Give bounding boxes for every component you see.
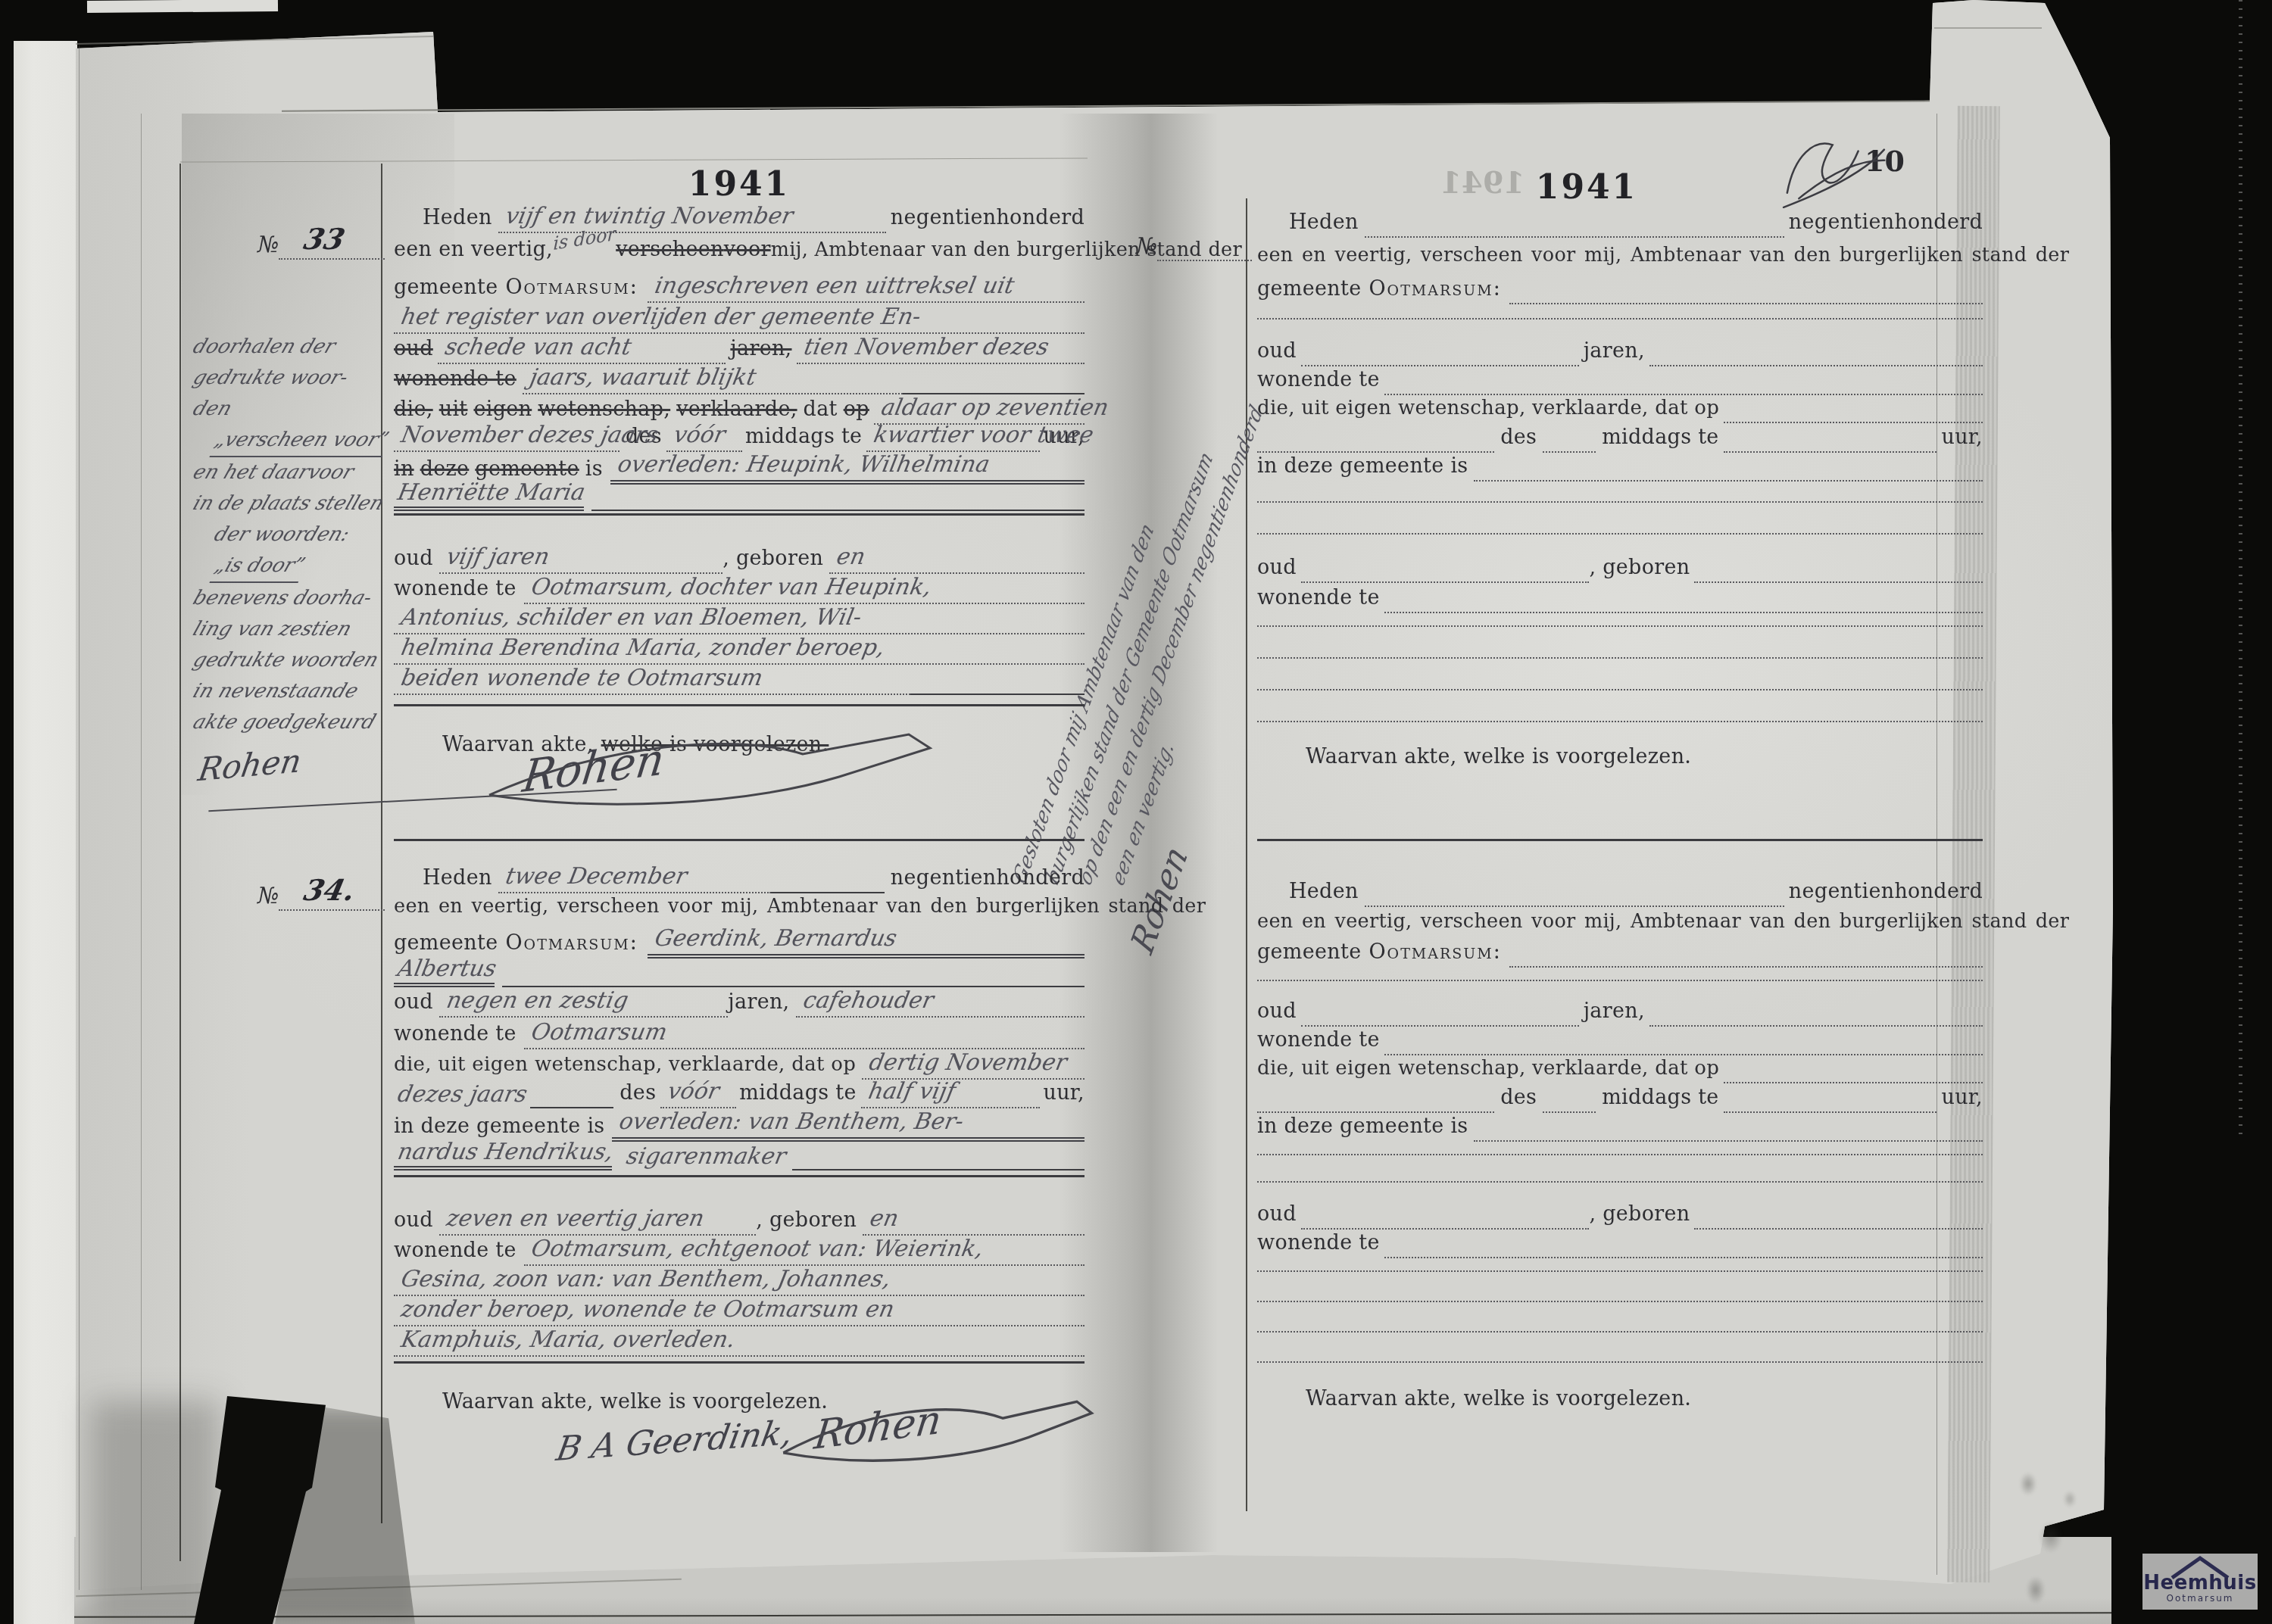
dotted-line xyxy=(1509,959,1983,968)
handwritten-text: vóór xyxy=(660,1078,736,1108)
handwritten-text: negen en zestig xyxy=(439,987,729,1018)
watermark-subtitle: Ootmarsum xyxy=(2142,1593,2258,1604)
handwritten-text: Antonius, schilder en van Bloemen, Wil- xyxy=(394,604,869,633)
form-line xyxy=(1257,1293,1983,1302)
form-line xyxy=(1257,681,1983,690)
printed-text: uur, xyxy=(1941,1086,1983,1113)
form-line: gemeenteOotmarsum:ingeschreven een uittr… xyxy=(394,273,1085,303)
form-line xyxy=(1257,618,1983,627)
handwritten-text: „is door” xyxy=(209,550,309,583)
handwritten-text: het register van overlijden der gemeente… xyxy=(394,304,928,332)
dotted-line xyxy=(1724,444,1937,453)
handwritten-text: Gesina, zoon van: van Benthem, Johannes, xyxy=(394,1266,1085,1296)
printed-text: des xyxy=(1500,1086,1537,1113)
printed-text: Heden xyxy=(1289,880,1359,907)
rule-line xyxy=(394,704,1085,706)
form-line: Gesina, zoon van: van Benthem, Johannes, xyxy=(394,1266,1085,1296)
form-line: Hedennegentienhonderd xyxy=(1257,880,1983,907)
printed-text: uur, xyxy=(1941,425,1983,453)
form-line: Albertus xyxy=(394,955,1085,987)
printed-text: Waarvan akte, welke is voorgelezen. xyxy=(442,1390,828,1417)
printed-text: , geboren xyxy=(1589,556,1690,583)
handwritten-text: vóór xyxy=(666,422,732,450)
form-line: in deze gemeente is xyxy=(1257,1114,1983,1142)
handwritten-text: helmina Berendina Maria, zonder beroep, xyxy=(394,634,891,663)
handwritten-text: helmina Berendina Maria, zonder beroep, xyxy=(394,634,1085,665)
printed-text: middags te xyxy=(739,1081,856,1108)
handwritten-text: „verscheen voor” xyxy=(209,425,393,457)
dotted-line xyxy=(1257,1146,1983,1155)
form-line: beiden wonende te Ootmarsum xyxy=(394,665,1085,695)
form-line: oudnegen en zestigjaren,cafehouder xyxy=(394,987,1085,1018)
form-line: Hedentwee Decembernegentienhonderd xyxy=(394,863,1085,893)
struck-text: die, xyxy=(394,397,433,425)
printed-text: een en veertig, verscheen voor mij, Ambt… xyxy=(394,895,1206,921)
handwritten-text: der woorden: xyxy=(210,519,354,550)
handwritten-text: schede van acht xyxy=(438,334,726,364)
form-line: die, uit eigen wetenschap, verklaarde, d… xyxy=(394,1049,1085,1080)
form-line xyxy=(1257,310,1983,320)
dotted-line xyxy=(1257,1104,1494,1113)
dotted-line xyxy=(1649,357,1983,366)
printed-text: die, uit eigen wetenschap, verklaarde, d… xyxy=(1257,1057,1719,1083)
handwritten-text: Ootmarsum xyxy=(524,1019,1085,1049)
form-line xyxy=(1257,713,1983,722)
form-line: oudvijf jaren, geborenen xyxy=(394,544,1085,574)
handwritten-text: zeven en veertig jaren xyxy=(439,1205,711,1234)
form-line: desmiddags teuur, xyxy=(1257,425,1983,453)
handwritten-text: Ootmarsum, dochter van Heupink, xyxy=(524,574,1085,604)
handwritten-text: en het daarvoor xyxy=(189,457,358,488)
paper-sliver-top xyxy=(87,0,278,13)
handwritten-text: jaars, waaruit blijkt xyxy=(523,364,763,393)
form-line xyxy=(1257,1323,1983,1333)
clamp-shadow xyxy=(91,1401,220,1624)
handwritten-text: cafehouder xyxy=(796,987,1085,1018)
dotted-line xyxy=(1257,1174,1983,1183)
form-line: Waarvan akte, welke is voorgelezen. xyxy=(1257,745,1983,772)
number-label: № xyxy=(257,232,279,260)
handwritten-text: aldaar op zeventien xyxy=(874,394,1116,423)
printed-text: , geboren xyxy=(756,1208,857,1236)
printed-text: een en veertig, xyxy=(394,238,553,265)
dotted-line: 34. xyxy=(279,903,385,911)
handwritten-text: Ootmarsum xyxy=(524,1019,674,1048)
printed-text: negentienhonderd xyxy=(891,866,1085,893)
dotted-line xyxy=(1257,618,1983,627)
handwritten-text: gedrukte woor- xyxy=(189,363,353,394)
printed-text: uur, xyxy=(1043,1081,1085,1108)
under-paper-fold-line xyxy=(79,45,80,1590)
handwritten-text: kwartier voor twee xyxy=(866,422,1100,450)
form-line xyxy=(394,513,1085,516)
handwritten-text: overleden: Heupink, Wilhelmina xyxy=(610,451,997,480)
form-line xyxy=(394,1175,1085,1177)
printed-text: middags te xyxy=(745,425,862,452)
printed-text: in deze gemeente is xyxy=(1257,1114,1468,1142)
dotted-line xyxy=(1474,1133,1983,1142)
form-line: een en veertig, verscheen voor mij, Ambt… xyxy=(1257,910,1983,937)
dotted-line xyxy=(1257,972,1983,981)
dotted-line xyxy=(1384,1249,1983,1258)
handwritten-text: en xyxy=(863,1205,1085,1236)
printed-text: in deze gemeente is xyxy=(1257,454,1468,482)
left-page-left-frame xyxy=(179,164,181,1561)
printed-smallcaps: Ootmarsum: xyxy=(505,931,638,959)
form-line xyxy=(1257,650,1983,659)
dotted-line xyxy=(1543,1104,1596,1113)
printed-text: die, uit eigen wetenschap, verklaarde, d… xyxy=(1257,397,1719,423)
dotted-line xyxy=(1724,1074,1983,1083)
printed-text: Heden xyxy=(423,206,492,233)
handwritten-text: beiden wonende te Ootmarsum xyxy=(394,665,769,694)
printed-text: oud xyxy=(1257,339,1297,366)
dotted-line xyxy=(1257,681,1983,690)
printed-text: een en veertig, verscheen voor mij, Ambt… xyxy=(1257,244,2069,270)
year-bleedthrough: 1941 xyxy=(1440,165,1525,201)
struck-text: oud xyxy=(394,337,433,364)
dotted-line xyxy=(1301,574,1590,583)
form-line: oudjaren, xyxy=(1257,999,1983,1027)
form-line xyxy=(1257,839,1983,841)
handwritten-text: ling van zestien xyxy=(189,614,356,645)
corner-sheet-edge xyxy=(1934,27,2042,29)
handwritten-text: vijf jaren xyxy=(439,544,556,572)
printed-text: , geboren xyxy=(722,547,823,574)
dotted-line xyxy=(1257,1323,1983,1333)
form-line: oud, geboren xyxy=(1257,1202,1983,1230)
printed-text: wonende te xyxy=(394,577,517,604)
form-line: een en veertig, verscheen voor mij, Ambt… xyxy=(394,895,1085,921)
dotted-line xyxy=(1694,574,1983,583)
handwritten-text: Gesina, zoon van: van Benthem, Johannes, xyxy=(394,1266,897,1295)
printed-text: middags te xyxy=(1602,1086,1718,1113)
handwritten-text: vijf en twintig November xyxy=(498,203,800,232)
record-number-value: 33 xyxy=(301,222,348,256)
printed-text: Waarvan akte, welke is voorgelezen. xyxy=(1306,1387,1691,1414)
handwritten-text: Henriëtte Maria xyxy=(394,479,584,511)
handwritten-text: tien November dezes xyxy=(797,334,1085,364)
printed-text: oud xyxy=(394,1208,433,1236)
handwritten-text: sigarenmaker xyxy=(623,1143,785,1170)
handwritten-text: zonder beroep, wonende te Ootmarsum en xyxy=(394,1296,901,1325)
dotted-line xyxy=(1257,1293,1983,1302)
handwritten-text: Ootmarsum, echtgenoot van: Weierink, xyxy=(524,1236,990,1264)
handwritten-text: vóór xyxy=(666,422,742,452)
dotted-line xyxy=(1257,525,1983,535)
form-line: oudzeven en veertig jaren, geborenen xyxy=(394,1205,1085,1236)
printed-text: in deze gemeente is xyxy=(394,1114,604,1142)
form-line: Hedenvijf en twintig Novembernegentienho… xyxy=(394,203,1085,233)
handwritten-text: half vijf xyxy=(861,1078,963,1107)
handwritten-text: en xyxy=(829,544,1085,574)
dotted-line xyxy=(1509,295,1983,304)
form-line: gemeenteOotmarsum:Geerdink, Bernardus xyxy=(394,925,1085,959)
watermark-heemhuis: Heemhuis Ootmarsum xyxy=(2142,1554,2258,1610)
printed-text: negentienhonderd xyxy=(1789,210,1983,238)
handwritten-text: doorhalen der xyxy=(189,332,340,363)
printed-text: die, uit eigen wetenschap, verklaarde, d… xyxy=(394,1053,856,1080)
printed-text: wonende te xyxy=(394,1022,517,1049)
dotted-line xyxy=(1694,1220,1983,1230)
signature-flourish xyxy=(485,721,939,819)
handwritten-text: vijf jaren xyxy=(439,544,722,574)
handwritten-text: schede van acht xyxy=(438,334,638,363)
handwritten-text: en xyxy=(863,1205,905,1234)
form-line xyxy=(1257,525,1983,535)
form-line: gemeenteOotmarsum: xyxy=(1257,277,1983,304)
printed-text: Heden xyxy=(423,866,492,893)
handwritten-text: gedrukte woorden xyxy=(189,645,383,676)
printed-text: een en veertig, verscheen voor mij, Ambt… xyxy=(1257,910,2069,937)
rule-line xyxy=(771,892,885,893)
printed-text: jaren, xyxy=(1584,339,1645,366)
handwritten-text: beiden wonende te Ootmarsum xyxy=(394,665,910,695)
handwritten-text: Albertus xyxy=(394,955,500,983)
handwritten-text: vijf en twintig November xyxy=(498,203,886,233)
handwritten-text: Geerdink, Bernardus xyxy=(648,925,903,954)
struck-text: verscheen xyxy=(616,238,724,265)
form-line: oud, geboren xyxy=(1257,556,1983,583)
printed-text: oud xyxy=(394,990,433,1018)
rule-line xyxy=(394,1175,1085,1177)
dotted-line xyxy=(1384,604,1983,613)
rule-line xyxy=(394,513,1085,516)
form-line xyxy=(394,839,1085,841)
handwritten-text: twee December xyxy=(498,863,771,893)
handwritten-text: Kamphuis, Maria, overleden. xyxy=(394,1326,742,1355)
dotted-line xyxy=(1474,472,1983,482)
record-number-value: 34. xyxy=(301,873,359,907)
rule-line xyxy=(910,694,1085,695)
printed-text: wonende te xyxy=(1257,368,1380,395)
form-line: nardus Hendrikus,sigarenmaker xyxy=(394,1139,1085,1170)
handwritten-text: en xyxy=(829,544,872,572)
watermark-title: Heemhuis xyxy=(2142,1572,2258,1594)
handwritten-text: November dezes jaars xyxy=(394,422,619,452)
printed-text: wonende te xyxy=(1257,586,1380,613)
form-line: in deze gemeente isoverleden: van Benthe… xyxy=(394,1108,1085,1142)
handwritten-text: twee December xyxy=(498,863,694,892)
handwritten-text: nardus Hendrikus, xyxy=(394,1139,617,1166)
dotted-line xyxy=(1157,254,1252,261)
dotted-line xyxy=(1301,1018,1579,1027)
handwritten-text: Ootmarsum, echtgenoot van: Weierink, xyxy=(524,1236,1085,1266)
scan-bed-strip xyxy=(14,41,77,1624)
struck-text: op xyxy=(844,397,869,425)
printed-smallcaps: Ootmarsum: xyxy=(1369,277,1501,304)
printed-text: oud xyxy=(394,547,433,574)
dotted-line xyxy=(1257,650,1983,659)
printed-text: negentienhonderd xyxy=(891,206,1085,233)
printed-text: oud xyxy=(1257,1202,1297,1230)
struck-text: wetenschap, xyxy=(538,397,670,425)
form-line xyxy=(1257,494,1983,503)
handwritten-text: negen en zestig xyxy=(439,987,635,1016)
handwritten-text: Ootmarsum, dochter van Heupink, xyxy=(524,574,938,603)
number-label: № xyxy=(1136,233,1157,261)
dotted-line xyxy=(1724,1104,1937,1113)
dotted-line xyxy=(1257,1263,1983,1272)
form-line: dezes jaarsdesvóórmiddags tehalf vijfuur… xyxy=(394,1078,1085,1108)
dotted-line xyxy=(1301,1220,1590,1230)
printed-text: des xyxy=(1500,425,1537,453)
handwritten-text: het register van overlijden der gemeente… xyxy=(394,304,1085,334)
handwritten-text: dezes jaars xyxy=(394,1081,526,1108)
struck-text: verklaarde, xyxy=(676,397,797,425)
form-line: het register van overlijden der gemeente… xyxy=(394,304,1085,334)
dotted-line xyxy=(1384,1046,1983,1055)
printed-text: wonende te xyxy=(1257,1231,1380,1258)
number-label: № xyxy=(257,883,279,911)
form-line: wonende te xyxy=(1257,1231,1983,1258)
printed-text: gemeente xyxy=(394,276,498,303)
handwritten-text: sigarenmaker xyxy=(623,1143,790,1170)
handwritten-text: Kamphuis, Maria, overleden. xyxy=(394,1326,1085,1357)
form-line: een en veertig, verscheen voor mij, Ambt… xyxy=(1257,244,1983,270)
handwritten-text: in de plaats stellen xyxy=(189,488,389,519)
printed-text: negentienhonderd xyxy=(1789,880,1983,907)
struck-text: voor xyxy=(724,238,771,265)
handwritten-text: den xyxy=(189,394,236,425)
form-line: Henriëtte Maria xyxy=(394,479,1085,511)
form-line: wonende teOotmarsum xyxy=(394,1019,1085,1049)
form-line xyxy=(1257,1174,1983,1183)
form-line xyxy=(1257,1354,1983,1363)
printed-text: , geboren xyxy=(1589,1202,1690,1230)
dotted-line xyxy=(1543,444,1596,453)
handwritten-text: dertig November xyxy=(862,1049,1085,1080)
form-line xyxy=(1257,1263,1983,1272)
handwritten-text: November dezes jaars xyxy=(394,422,665,450)
form-line: wonende te xyxy=(1257,368,1983,395)
handwritten-text: overleden: van Benthem, Ber- xyxy=(612,1108,971,1137)
rule-line xyxy=(394,839,1085,841)
form-line: een en veertig,is doorverscheenvoormij, … xyxy=(394,238,1085,265)
dotted-line xyxy=(1384,386,1983,395)
rule-line xyxy=(591,510,1085,511)
form-line: die, uit eigen wetenschap, verklaarde, d… xyxy=(1257,397,1983,423)
handwritten-text: tien November dezes xyxy=(797,334,1056,363)
dotted-line xyxy=(1257,444,1494,453)
form-line: in deze gemeente is xyxy=(1257,454,1983,482)
printed-text: wonende te xyxy=(394,1239,517,1266)
printed-text: oud xyxy=(1257,999,1297,1027)
dotted-line xyxy=(1257,310,1983,320)
film-edge-speckle xyxy=(2239,0,2242,1136)
struck-text: wonende te xyxy=(394,367,517,394)
dotted-line xyxy=(1365,898,1784,907)
form-line: oudschede van achtjaren,tien November de… xyxy=(394,334,1085,364)
record-number: №34. xyxy=(257,883,385,911)
form-line xyxy=(1257,972,1983,981)
handwritten-text: dertig November xyxy=(862,1049,1074,1078)
handwritten-text: ingeschreven een uittreksel uit xyxy=(648,273,1021,301)
form-line: Kamphuis, Maria, overleden. xyxy=(394,1326,1085,1357)
dotted-line xyxy=(1724,414,1983,423)
handwritten-text: benevens doorha- xyxy=(189,583,376,614)
form-line xyxy=(394,1361,1085,1364)
handwritten-text: Henriëtte Maria xyxy=(394,479,589,507)
form-line: Waarvan akte, welke is voorgelezen. xyxy=(1257,1387,1983,1414)
handwritten-text: overleden: van Benthem, Ber- xyxy=(612,1108,1085,1142)
struck-text: eigen xyxy=(473,397,532,425)
printed-text: dat xyxy=(804,397,838,425)
form-line: wonende te xyxy=(1257,586,1983,613)
dotted-line xyxy=(1649,1018,1983,1027)
handwritten-text: half vijf xyxy=(861,1078,1041,1108)
printed-text: wonende te xyxy=(1257,1028,1380,1055)
printed-text: middags te xyxy=(1602,425,1718,453)
handwritten-text: Albertus xyxy=(394,955,495,987)
year-header-left: 1941 xyxy=(688,165,790,204)
form-line: wonende teOotmarsum, dochter van Heupink… xyxy=(394,574,1085,604)
printed-text: Waarvan akte, welke is voorgelezen. xyxy=(1306,745,1691,772)
form-line: die,uiteigenwetenschap,verklaarde,datopa… xyxy=(394,394,1085,425)
printed-text: Heden xyxy=(1289,210,1359,238)
year-header-right: 1941 xyxy=(1536,168,1637,207)
handwritten-text: zonder beroep, wonende te Ootmarsum en xyxy=(394,1296,1085,1326)
struck-text: jaren, xyxy=(730,337,791,364)
record-number: № xyxy=(1136,233,1252,261)
printed-text: jaren, xyxy=(728,990,789,1018)
record-number: №33 xyxy=(257,232,385,260)
form-line xyxy=(1257,1146,1983,1155)
handwritten-text: vóór xyxy=(660,1078,726,1107)
handwritten-text: dezes jaars xyxy=(394,1081,531,1108)
handwritten-text: jaars, waaruit blijkt xyxy=(523,364,903,394)
handwritten-text: aldaar op zeventien xyxy=(874,394,1085,425)
printed-text: gemeente xyxy=(1257,277,1361,304)
printed-smallcaps: Ootmarsum: xyxy=(1369,940,1501,968)
margin-correction-note: doorhalen dergedrukte woor-den„verscheen… xyxy=(194,332,394,738)
form-line: wonende tejaars, waaruit blijkt xyxy=(394,364,1085,394)
form-line: wonende te xyxy=(1257,1028,1983,1055)
form-line: Antonius, schilder en van Bloemen, Wil- xyxy=(394,604,1085,634)
handwritten-text: in nevenstaande xyxy=(189,676,363,707)
rule-line xyxy=(1257,839,1983,841)
form-line: die, uit eigen wetenschap, verklaarde, d… xyxy=(1257,1057,1983,1083)
printed-text: jaren, xyxy=(1584,999,1645,1027)
form-line: gemeenteOotmarsum: xyxy=(1257,940,1983,968)
form-line: helmina Berendina Maria, zonder beroep, xyxy=(394,634,1085,665)
handwritten-text: Geerdink, Bernardus xyxy=(648,925,1085,959)
handwritten-text: akte goedgekeurd xyxy=(189,707,380,738)
dotted-line xyxy=(1257,1354,1983,1363)
form-line: oudjaren, xyxy=(1257,339,1983,366)
dotted-line: 33 xyxy=(279,252,385,260)
printed-text: gemeente xyxy=(1257,940,1361,968)
handwritten-text: ingeschreven een uittreksel uit xyxy=(648,273,1085,303)
under-paper-fold-line xyxy=(141,114,142,1590)
dotted-line xyxy=(1257,494,1983,503)
charcoal-smudge xyxy=(2005,1454,2096,1624)
form-line: November dezes jaarsdesvóórmiddags tekwa… xyxy=(394,422,1085,452)
printed-text: des xyxy=(619,1081,656,1108)
struck-text: uit xyxy=(439,397,468,425)
rule-line xyxy=(792,1169,1085,1170)
handwritten-text: Antonius, schilder en van Bloemen, Wil- xyxy=(394,604,1085,634)
handwritten-text: cafehouder xyxy=(796,987,941,1016)
signature-flourish xyxy=(780,1390,1098,1473)
handwritten-text: kwartier voor twee xyxy=(866,422,1040,452)
form-line xyxy=(394,704,1085,706)
form-line: wonende teOotmarsum, echtgenoot van: Wei… xyxy=(394,1236,1085,1266)
form-line: Hedennegentienhonderd xyxy=(1257,210,1983,238)
form-line: desmiddags teuur, xyxy=(1257,1086,1983,1113)
printed-text: oud xyxy=(1257,556,1297,583)
dotted-line xyxy=(1257,713,1983,722)
